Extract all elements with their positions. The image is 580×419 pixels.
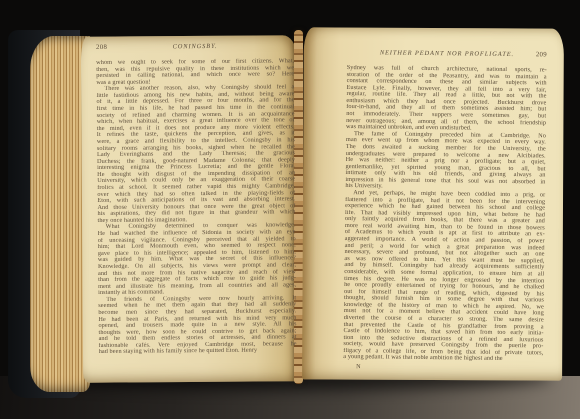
page-number-left: 208: [96, 44, 122, 51]
left-page-content: 208 CONINGSBY. whom we ought to seek for…: [96, 42, 297, 356]
right-page-header: NEITHER PEDANT NOR PROFLIGATE. 209: [347, 49, 547, 59]
page-number-right: 209: [521, 51, 547, 58]
right-page-text: Sydney was full of church architecture, …: [343, 65, 547, 363]
left-page-text: whom we ought to seek for some of our fi…: [96, 58, 297, 356]
photo-of-open-book: 208 CONINGSBY. whom we ought to seek for…: [0, 0, 580, 419]
left-page-header: 208 CONINGSBY.: [96, 42, 294, 52]
running-header-left: CONINGSBY.: [122, 42, 268, 50]
running-header-right: NEITHER PEDANT NOR PROFLIGATE.: [373, 49, 521, 58]
right-page-content: NEITHER PEDANT NOR PROFLIGATE. 209 Sydne…: [343, 49, 547, 372]
